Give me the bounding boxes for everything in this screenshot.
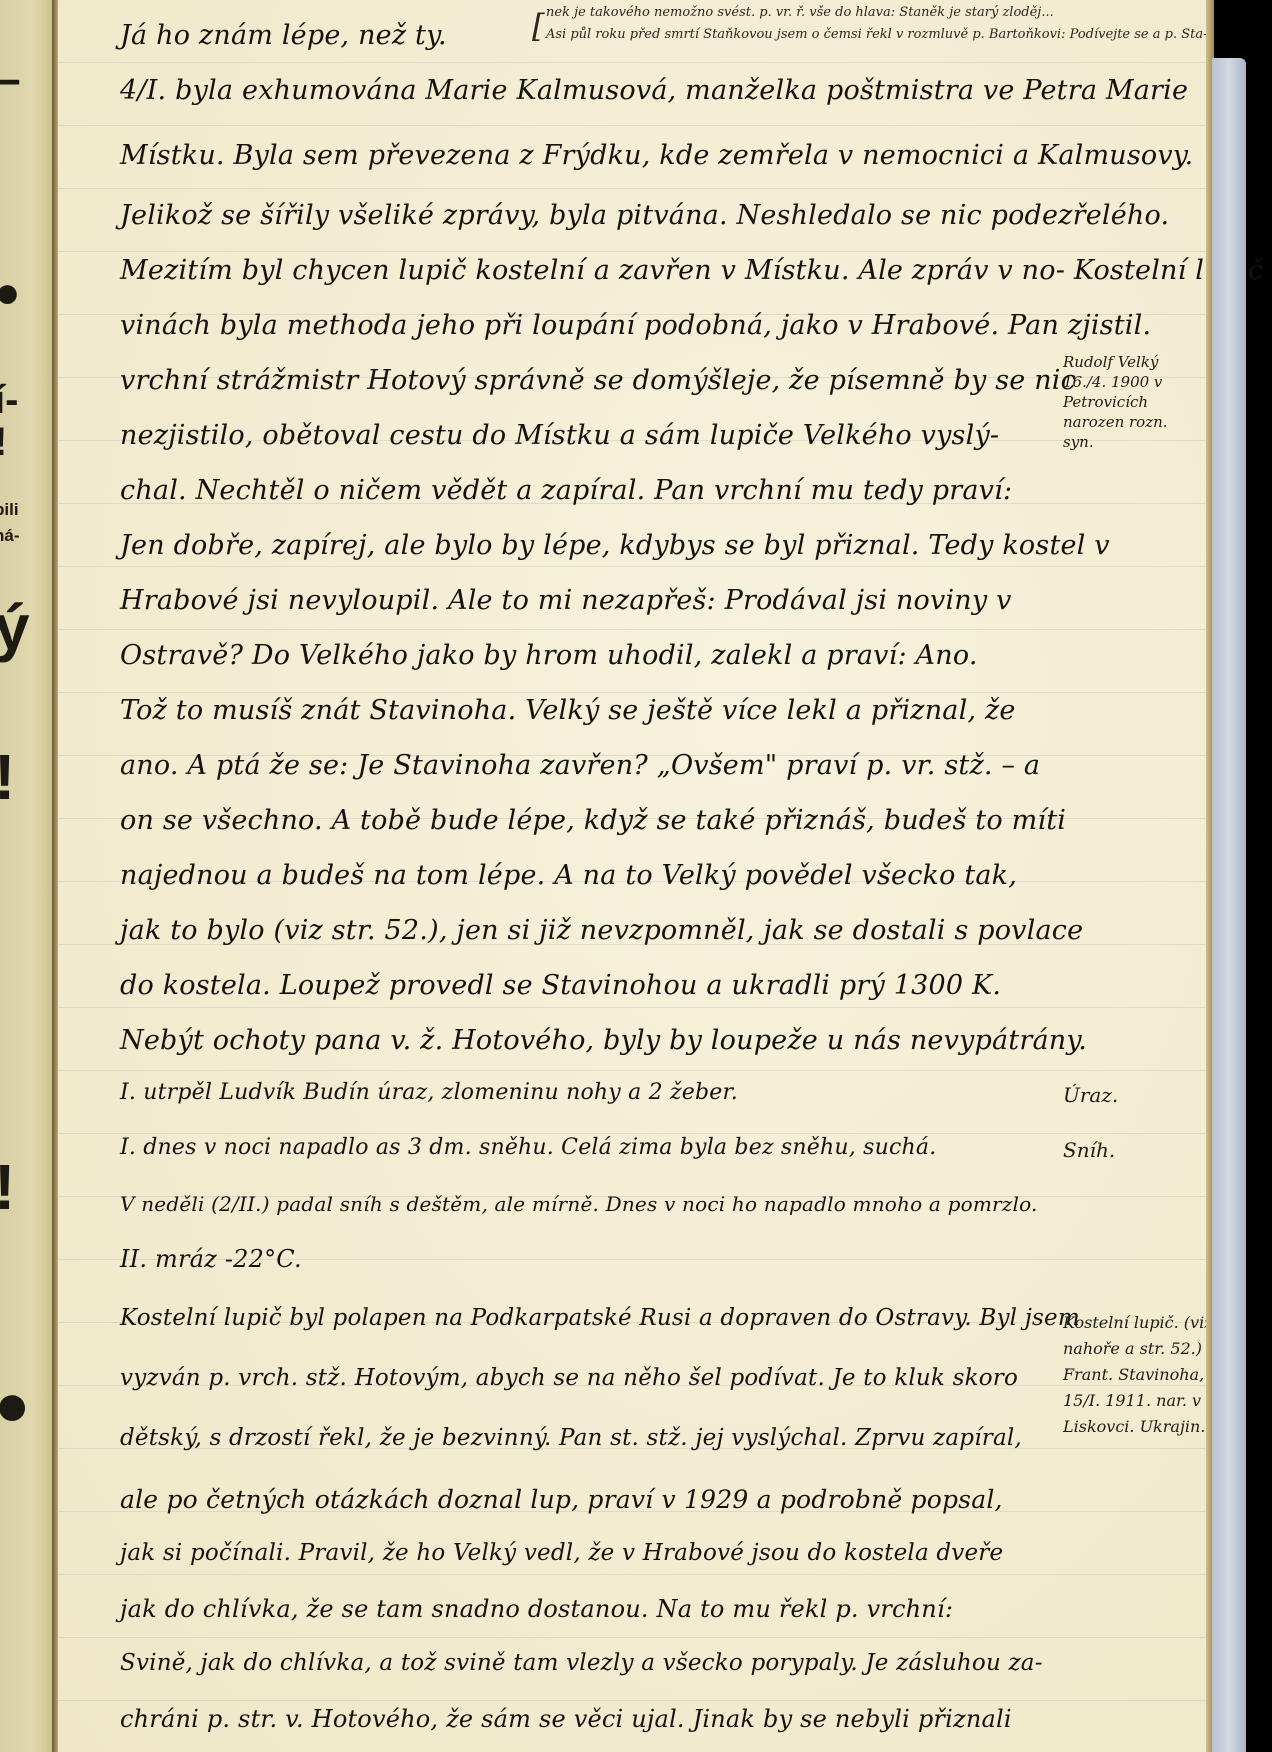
margin-note-kostelni-lupic: Kostelní lupič. (viz nahoře a str. 52.) … bbox=[1063, 1310, 1213, 1440]
text-line: Ostravě? Do Velkého jako by hrom uhodil,… bbox=[120, 640, 1090, 671]
facing-fragment: ● bbox=[0, 1370, 30, 1439]
text-line: jak to bylo (viz str. 52.), jen si již n… bbox=[120, 915, 1090, 946]
facing-fragment: ý bbox=[0, 590, 30, 664]
text-line: nezjistilo, obětoval cestu do Místku a s… bbox=[120, 420, 1090, 451]
text-line: jak si počínali. Pravil, že ho Velký ved… bbox=[120, 1540, 1090, 1566]
text-line: vrchní strážmistr Hotový správně se domý… bbox=[120, 365, 1090, 396]
text-line: Nebýt ochoty pana v. ž. Hotového, byly b… bbox=[120, 1025, 1090, 1056]
chronicle-page: [ nek je takového nemožno svést. p. vr. … bbox=[58, 0, 1206, 1752]
text-line: Mezitím byl chycen lupič kostelní a zavř… bbox=[120, 255, 1090, 286]
text-line: 4/I. byla exhumována Marie Kalmusová, ma… bbox=[120, 75, 1090, 106]
header-note-line: nek je takového nemožno svést. p. vr. ř.… bbox=[546, 2, 1256, 24]
text-line: dětský, s drzostí řekl, že je bezvinný. … bbox=[120, 1425, 1090, 1451]
text-line: vinách byla methoda jeho při loupání pod… bbox=[120, 310, 1090, 341]
text-line: jak do chlívka, že se tam snadno dostano… bbox=[120, 1595, 1090, 1623]
facing-fragment: ! bbox=[0, 1150, 15, 1224]
text-line: chal. Nechtěl o ničem vědět a zapíral. P… bbox=[120, 475, 1090, 506]
text-line: I. dnes v noci napadlo as 3 dm. sněhu. C… bbox=[120, 1135, 1090, 1160]
blue-paper-tab bbox=[1212, 58, 1246, 1752]
text-line: Kostelní lupič byl polapen na Podkarpats… bbox=[120, 1305, 1090, 1331]
text-line: Jelikož se šířily všeliké zprávy, byla p… bbox=[120, 200, 1090, 231]
text-line: on se všechno. A tobě bude lépe, když se… bbox=[120, 805, 1090, 836]
text-line: Já ho znám lépe, než ty. bbox=[120, 20, 540, 51]
text-line: ale po četných otázkách doznal lup, prav… bbox=[120, 1485, 1090, 1514]
facing-fragment: ! bbox=[0, 740, 15, 814]
margin-note-rudolf-velky: Rudolf Velký 16./4. 1900 v Petrovicích n… bbox=[1063, 352, 1193, 452]
text-line: najednou a budeš na tom lépe. A na to Ve… bbox=[120, 860, 1090, 891]
facing-fragment: í- bbox=[0, 378, 18, 423]
facing-fragment: ● bbox=[0, 268, 21, 318]
text-line: chráni p. str. v. Hotového, že sám se vě… bbox=[120, 1705, 1090, 1733]
text-line: Jen dobře, zapírej, ale bylo by lépe, kd… bbox=[120, 530, 1090, 561]
facing-fragment: ! bbox=[0, 420, 7, 465]
text-line: Hrabové jsi nevyloupil. Ale to mi nezapř… bbox=[120, 585, 1090, 616]
facing-fragment: ná- bbox=[0, 526, 20, 546]
text-line: ano. A ptá že se: Je Stavinoha zavřen? „… bbox=[120, 750, 1090, 781]
text-line: V neděli (2/II.) padal sníh s deštěm, al… bbox=[120, 1192, 1090, 1216]
facing-page-strip: – ● í- ! bili ná- ý ! ! ● bbox=[0, 0, 56, 1752]
text-line: Tož to musíš znát Stavinoha. Velký se je… bbox=[120, 695, 1090, 726]
text-line: do kostela. Loupež provedl se Stavinohou… bbox=[120, 970, 1090, 1001]
text-line: vyzván p. vrch. stž. Hotovým, abych se n… bbox=[120, 1365, 1090, 1391]
text-line: Svině, jak do chlívka, a tož svině tam v… bbox=[120, 1650, 1090, 1676]
header-note-line: Asi půl roku před smrtí Staňkovou jsem o… bbox=[546, 24, 1256, 46]
facing-fragment: bili bbox=[0, 500, 19, 520]
facing-fragment: – bbox=[0, 52, 21, 107]
text-line: II. mráz -22°C. bbox=[120, 1245, 1090, 1273]
text-line: I. utrpěl Ludvík Budín úraz, zlomeninu n… bbox=[120, 1080, 1090, 1105]
text-line: Místku. Byla sem převezena z Frýdku, kde… bbox=[120, 140, 1090, 171]
header-bracket-note: [ nek je takového nemožno svést. p. vr. … bbox=[546, 2, 1256, 46]
